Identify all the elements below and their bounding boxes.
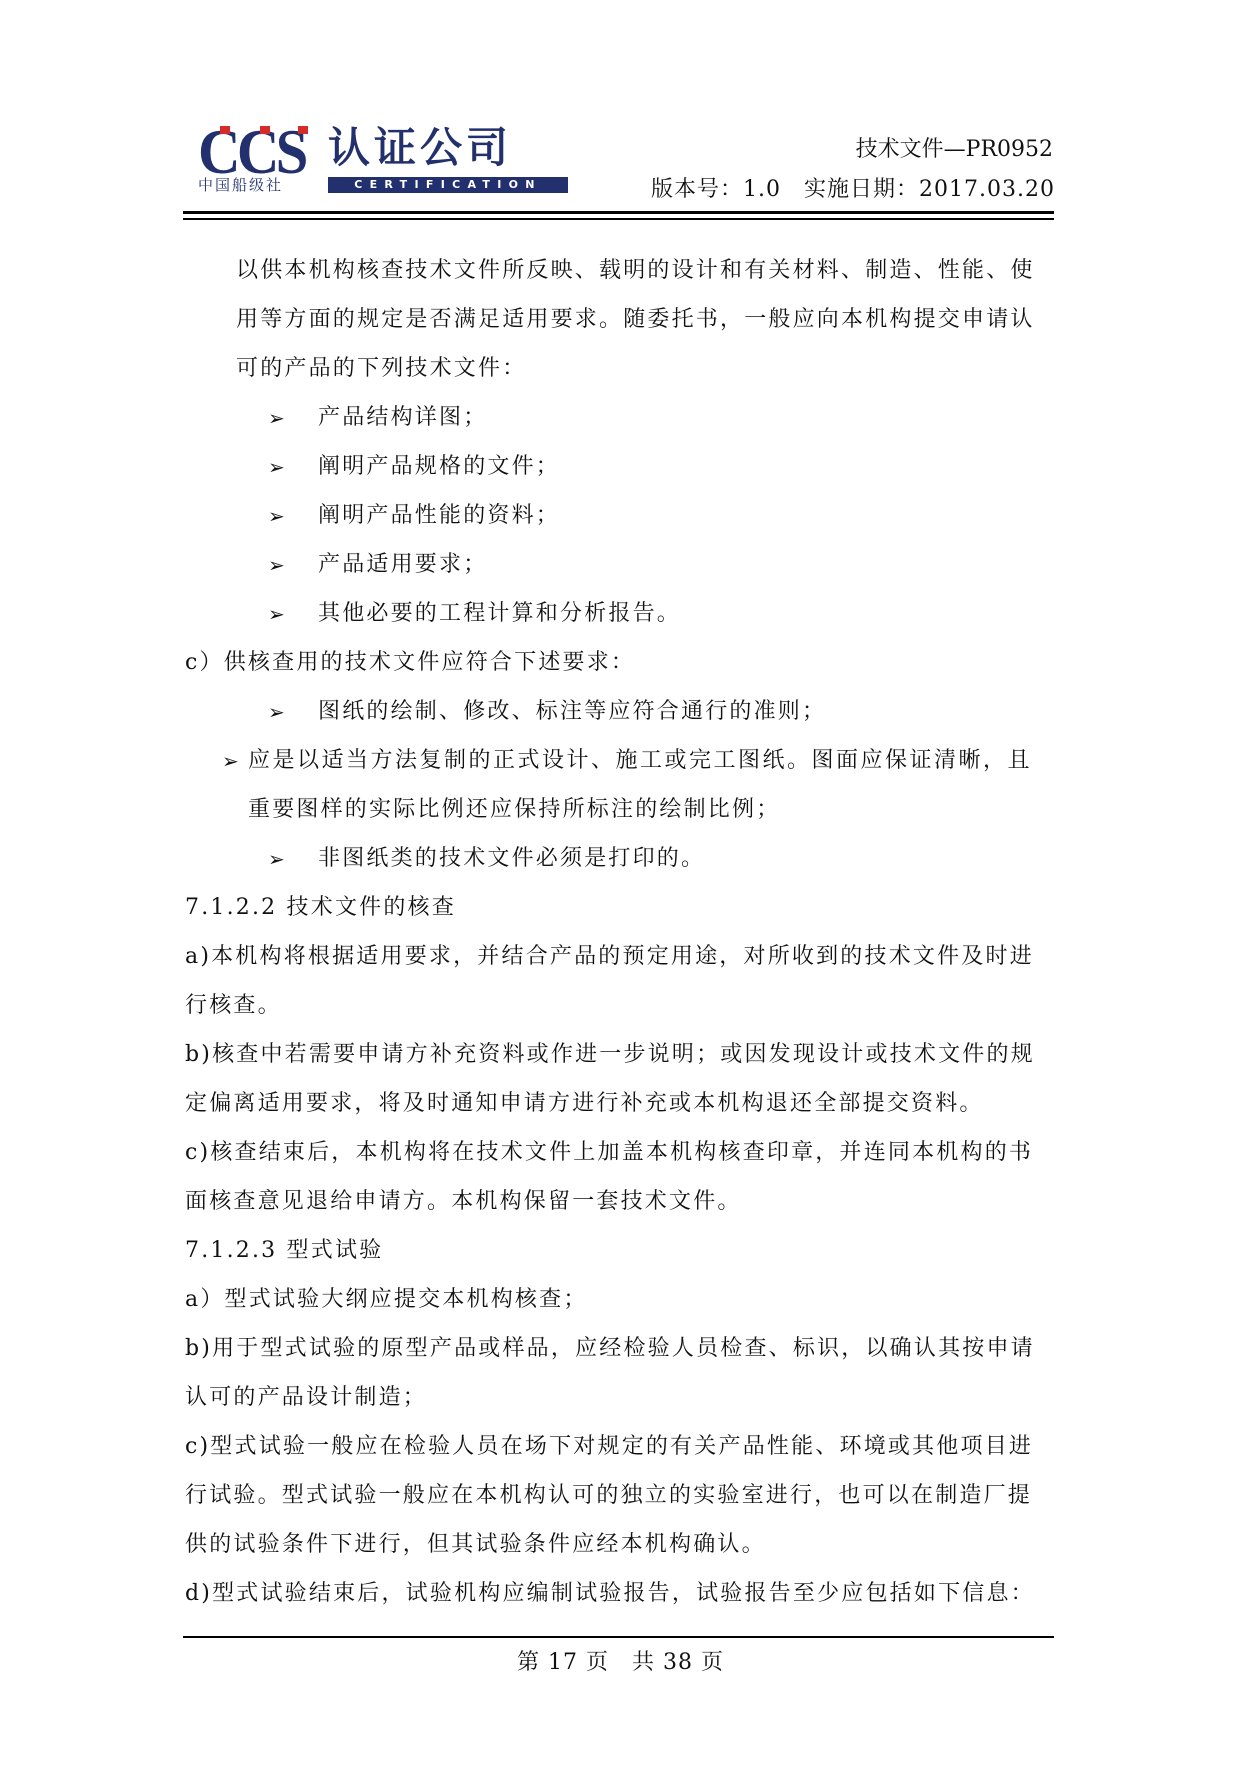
body-line: 用等方面的规定是否满足适用要求。随委托书，一般应向本机构提交申请认 bbox=[236, 305, 1035, 335]
logo-name-cn: 认证公司 bbox=[328, 124, 512, 172]
list-item: 其他必要的工程计算和分析报告。 bbox=[318, 599, 681, 629]
list-item: 阐明产品性能的资料； bbox=[318, 501, 560, 531]
arrow-bullet-icon: ➢ bbox=[268, 697, 285, 727]
body-line: c)型式试验一般应在检验人员在场下对规定的有关产品性能、环境或其他项目进 bbox=[185, 1432, 1033, 1462]
logo-accent bbox=[298, 126, 308, 134]
body-line: 认可的产品设计制造； bbox=[185, 1383, 427, 1413]
logo-mark: CCS bbox=[198, 124, 305, 180]
section-heading-7122: 7.1.2.2 技术文件的核查 bbox=[185, 893, 456, 923]
ccs-certification-logo: CCS 认证公司 中国船级社 CERTIFICATION bbox=[198, 124, 570, 196]
body-line: b)核查中若需要申请方补充资料或作进一步说明；或因发现设计或技术文件的规 bbox=[185, 1040, 1035, 1070]
arrow-bullet-icon: ➢ bbox=[268, 599, 285, 629]
version-line: 版本号：1.0 实施日期：2017.03.20 bbox=[651, 176, 1055, 204]
body-line: a)本机构将根据适用要求，并结合产品的预定用途，对所收到的技术文件及时进 bbox=[185, 942, 1034, 972]
body-line: 行试验。型式试验一般应在本机构认可的独立的实验室进行，也可以在制造厂提 bbox=[185, 1481, 1032, 1511]
list-item-continuation: 重要图样的实际比例还应保持所标注的绘制比例； bbox=[248, 795, 780, 825]
section-heading-7123: 7.1.2.3 型式试验 bbox=[185, 1236, 383, 1266]
body-line: b)用于型式试验的原型产品或样品，应经检验人员检查、标识，以确认其按申请 bbox=[185, 1334, 1035, 1364]
body-line: 以供本机构核查技术文件所反映、载明的设计和有关材料、制造、性能、使 bbox=[236, 256, 1035, 286]
header-rule bbox=[183, 211, 1054, 214]
doc-id: 技术文件—PR0952 bbox=[856, 136, 1053, 164]
footer-rule bbox=[183, 1636, 1054, 1638]
body-line: c)核查结束后，本机构将在技术文件上加盖本机构核查印章，并连同本机构的书 bbox=[185, 1138, 1033, 1168]
arrow-bullet-icon: ➢ bbox=[268, 452, 285, 482]
logo-accent bbox=[260, 126, 270, 134]
logo-accent bbox=[220, 126, 230, 134]
logo-tagline: CERTIFICATION bbox=[328, 177, 568, 193]
c-heading: c）供核查用的技术文件应符合下述要求： bbox=[185, 648, 635, 678]
list-item: 应是以适当方法复制的正式设计、施工或完工图纸。图面应保证清晰，且 bbox=[248, 746, 1032, 776]
header-rule bbox=[183, 218, 1054, 220]
body-line: 行核查。 bbox=[185, 991, 282, 1021]
arrow-bullet-icon: ➢ bbox=[222, 746, 239, 776]
body-line: 面核查意见退给申请方。本机构保留一套技术文件。 bbox=[185, 1187, 742, 1217]
document-page: CCS 认证公司 中国船级社 CERTIFICATION 技术文件—PR0952… bbox=[0, 0, 1241, 1778]
logo-society-cn: 中国船级社 bbox=[198, 176, 283, 194]
arrow-bullet-icon: ➢ bbox=[268, 403, 285, 433]
body-line: 定偏离适用要求，将及时通知申请方进行补充或本机构退还全部提交资料。 bbox=[185, 1089, 984, 1119]
list-item: 产品适用要求； bbox=[318, 550, 487, 580]
body-line: 供的试验条件下进行，但其试验条件应经本机构确认。 bbox=[185, 1530, 766, 1560]
arrow-bullet-icon: ➢ bbox=[268, 844, 285, 874]
list-item: 非图纸类的技术文件必须是打印的。 bbox=[318, 844, 705, 874]
page-number: 第 17 页 共 38 页 bbox=[0, 1648, 1241, 1678]
body-line: d)型式试验结束后，试验机构应编制试验报告，试验报告至少应包括如下信息： bbox=[185, 1579, 1035, 1609]
list-item: 产品结构详图； bbox=[318, 403, 487, 433]
arrow-bullet-icon: ➢ bbox=[268, 550, 285, 580]
arrow-bullet-icon: ➢ bbox=[268, 501, 285, 531]
list-item: 阐明产品规格的文件； bbox=[318, 452, 560, 482]
body-line: a）型式试验大纲应提交本机构核查； bbox=[185, 1285, 588, 1315]
list-item: 图纸的绘制、修改、标注等应符合通行的准则； bbox=[318, 697, 826, 727]
body-line: 可的产品的下列技术文件： bbox=[236, 354, 526, 384]
